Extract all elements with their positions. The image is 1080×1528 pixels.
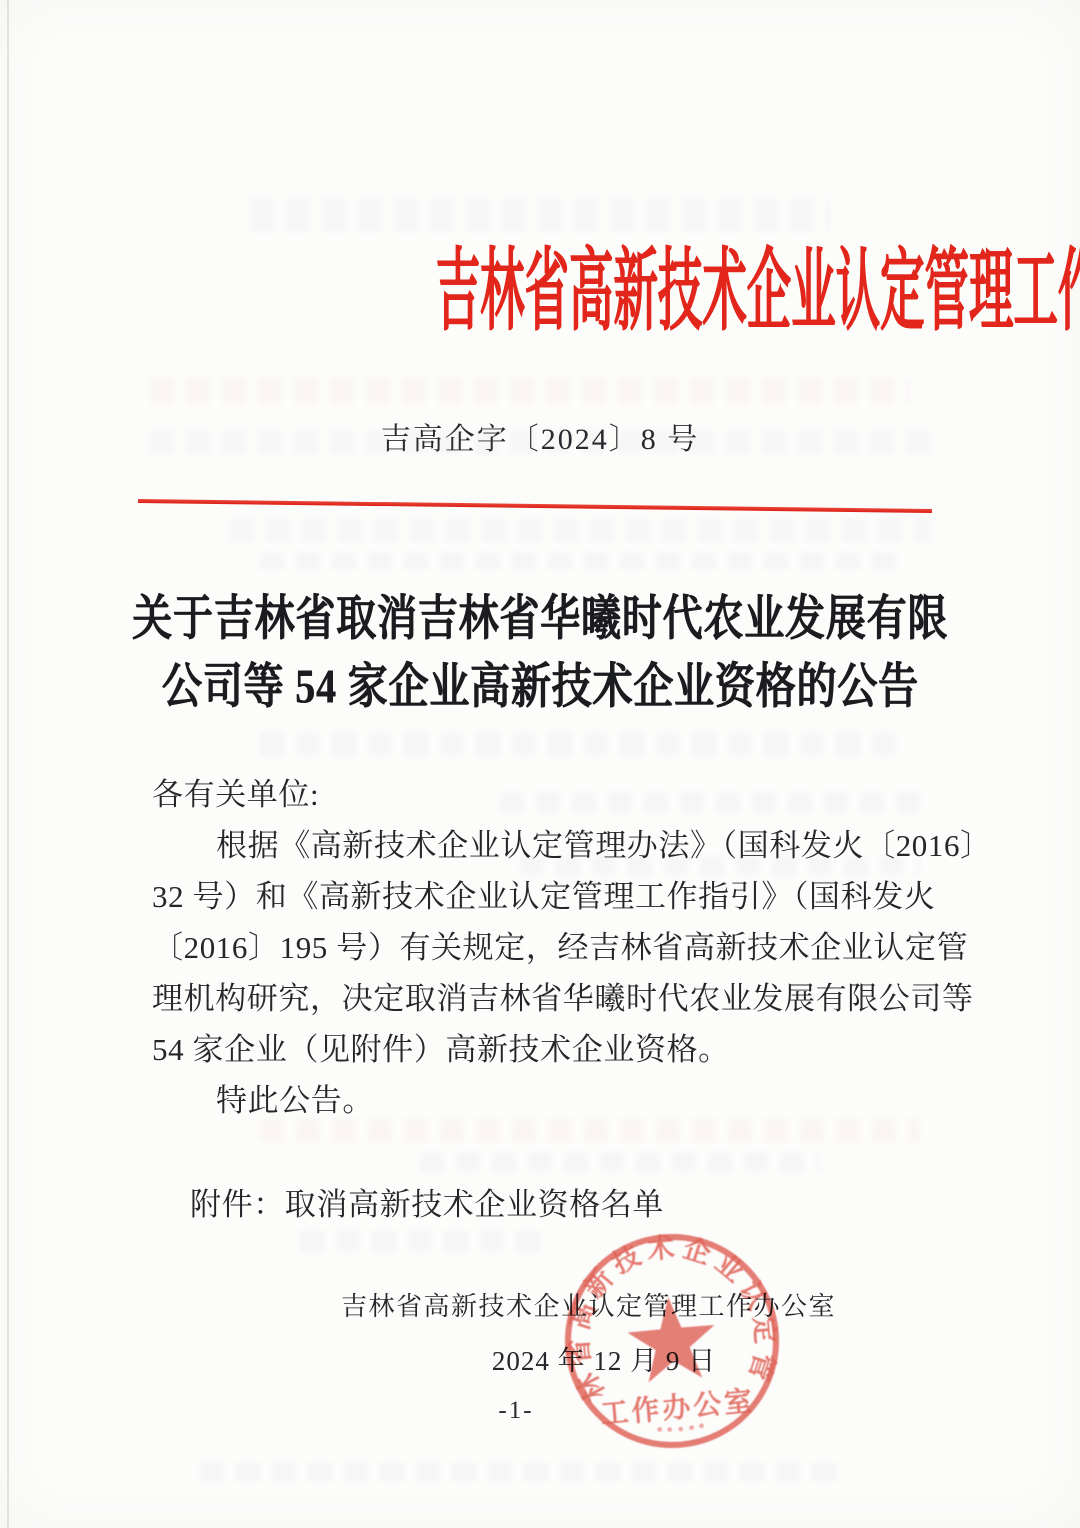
body-line: 理机构研究，决定取消吉林省华曦时代农业发展有限公司等 — [152, 973, 964, 1024]
page-number: -1- — [466, 1394, 566, 1428]
seal-ring — [559, 1228, 784, 1453]
seal-bottom-text: 工作办公室 — [599, 1385, 756, 1430]
red-separator-line — [138, 499, 932, 513]
document-title-line: 公司等 54 家企业高新技术企业资格的公告 — [0, 653, 1080, 721]
seal-code-mark — [657, 1423, 704, 1433]
scan-edge-line — [7, 0, 9, 1528]
bleed-artifact — [230, 518, 930, 542]
bleed-artifact — [420, 1152, 820, 1172]
salutation-line: 各有关单位: — [152, 769, 964, 820]
closing-line: 特此公告。 — [152, 1075, 964, 1126]
body-line: 〔2016〕195 号）有关规定，经吉林省高新技术企业认定管 — [152, 922, 964, 973]
bleed-artifact — [150, 378, 910, 404]
agency-masthead-title: 吉林省高新技术企业认定管理工作办公室文件 — [436, 242, 1080, 344]
body-line: 54 家企业（见附件）高新技术企业资格。 — [152, 1024, 964, 1075]
bleed-artifact — [250, 198, 830, 232]
body-line: 根据《高新技术企业认定管理办法》（国科发火〔2016〕 — [152, 820, 964, 871]
issue-date: 2024 年 12 月 9 日 — [364, 1342, 844, 1380]
document-title: 关于吉林省取消吉林省华曦时代农业发展有限 公司等 54 家企业高新技术企业资格的… — [0, 585, 1080, 721]
official-seal-graphic: 吉林省高新技术企业认定管理 工作办公室 — [542, 1211, 802, 1471]
document-title-line: 关于吉林省取消吉林省华曦时代农业发展有限 — [0, 585, 1080, 653]
document-body: 各有关单位: 根据《高新技术企业认定管理办法》（国科发火〔2016〕 32 号）… — [152, 769, 964, 1126]
bleed-artifact — [260, 732, 900, 756]
red-header-banner: 吉林省高新技术企业认定管理工作办公室文件 — [0, 243, 1080, 343]
official-seal: 吉林省高新技术企业认定管理 工作办公室 — [542, 1211, 802, 1471]
document-page: 吉林省高新技术企业认定管理工作办公室文件 吉高企字〔2024〕8 号 关于吉林省… — [0, 0, 1080, 1528]
issuing-office-signature: 吉林省高新技术企业认定管理工作办公室 — [341, 1288, 836, 1326]
bleed-artifact — [200, 1462, 840, 1482]
bleed-artifact — [300, 1230, 540, 1252]
body-line: 32 号）和《高新技术企业认定管理工作指引》（国科发火 — [152, 871, 964, 922]
bleed-artifact — [260, 552, 900, 570]
document-number: 吉高企字〔2024〕8 号 — [0, 420, 1080, 460]
attachment-note: 附件：取消高新技术企业资格名单 — [190, 1183, 664, 1227]
